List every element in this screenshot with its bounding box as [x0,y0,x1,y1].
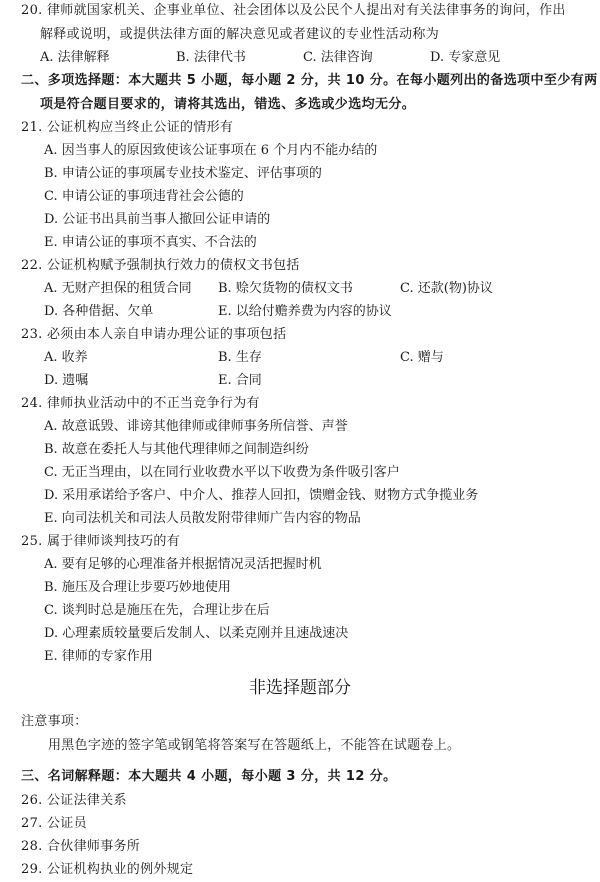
question-20-option-a: A. 法律解释 [40,49,110,67]
question-23-stem: 23. 必须由本人亲自申请办理公证的事项包括 [21,326,286,344]
question-20-stem-line2: 解释或说明，或提供法律方面的解决意见或者建议的专业性活动称为 [40,26,439,44]
question-21-option-a: A. 因当事人的原因致使该公证事项在 6 个月内不能办结的 [44,142,377,160]
notice-text: 用黑色字迹的签字笔或钢笔将答案写在答题纸上，不能答在试题卷上。 [48,737,460,755]
question-25-option-e: E. 律师的专家作用 [44,648,153,666]
question-29: 29. 公证机构执业的例外规定 [21,861,193,879]
question-24-stem: 24. 律师执业活动中的不正当竞争行为有 [21,395,260,413]
section-3-header: 三、名词解释题：本大题共 4 小题，每小题 3 分，共 12 分。 [21,768,397,786]
question-25-option-c: C. 谈判时总是施压在先，合理让步在后 [44,602,270,620]
question-24-option-e: E. 向司法机关和司法人员散发附带律师广告内容的物品 [44,510,361,528]
part-2-title: 非选择题部分 [0,677,600,699]
question-23-option-d: D. 遗嘱 [44,372,88,390]
question-20-option-b: B. 法律代书 [176,49,246,67]
question-21-option-d: D. 公证书出具前当事人撤回公证申请的 [44,211,270,229]
question-25-option-b: B. 施压及合理让步要巧妙地使用 [44,579,231,597]
question-23-option-a: A. 收养 [44,349,88,367]
question-23-option-e: E. 合同 [218,372,262,390]
question-22-option-a: A. 无财产担保的租赁合同 [44,280,192,298]
question-22-option-d: D. 各种借据、欠单 [44,303,153,321]
question-23-option-b: B. 生存 [218,349,262,367]
question-25-option-a: A. 要有足够的心理准备并根据情况灵活把握时机 [44,556,322,574]
notice-label: 注意事项： [21,713,88,731]
question-22-option-b: B. 赊欠货物的债权文书 [218,280,353,298]
question-23-option-c: C. 赠与 [400,349,444,367]
question-21-option-e: E. 申请公证的事项不真实、不合法的 [44,234,257,252]
question-24-option-a: A. 故意诋毁、诽谤其他律师或律师事务所信誉、声誉 [44,418,348,436]
question-21-stem: 21. 公证机构应当终止公证的情形有 [21,119,233,137]
question-28: 28. 合伙律师事务所 [21,838,140,856]
question-25-stem: 25. 属于律师谈判技巧的有 [21,533,180,551]
question-24-option-c: C. 无正当理由，以在同行业收费水平以下收费为条件吸引客户 [44,464,400,482]
question-22-option-c: C. 还款(物)协议 [400,280,493,298]
question-21-option-b: B. 申请公证的事项属专业技术鉴定、评估事项的 [44,165,322,183]
question-24-option-d: D. 采用承诺给予客户、中介人、推荐人回扣，馈赠金钱、财物方式争揽业务 [44,487,478,505]
question-25-option-d: D. 心理素质较量要后发制人、以柔克刚并且速战速决 [44,625,348,643]
section-2-header-line2: 项是符合题目要求的，请将其选出，错选、多选或少选均无分。 [40,96,415,114]
question-24-option-b: B. 故意在委托人与其他代理律师之间制造纠纷 [44,441,309,459]
question-27: 27. 公证员 [21,815,87,833]
question-22-option-e: E. 以给付赡养费为内容的协议 [218,303,392,321]
question-20-option-c: C. 法律咨询 [303,49,373,67]
question-20-stem-line1: 20. 律师就国家机关、企事业单位、社会团体以及公民个人提出对有关法律事务的询问… [21,2,566,20]
question-22-stem: 22. 公证机构赋予强制执行效力的债权文书包括 [21,257,300,275]
section-2-header-line1: 二、多项选择题：本大题共 5 小题，每小题 2 分，共 10 分。在每小题列出的… [21,72,598,90]
question-26: 26. 公证法律关系 [21,792,127,810]
question-20-option-d: D. 专家意见 [430,49,500,67]
question-21-option-c: C. 申请公证的事项违背社会公德的 [44,188,244,206]
